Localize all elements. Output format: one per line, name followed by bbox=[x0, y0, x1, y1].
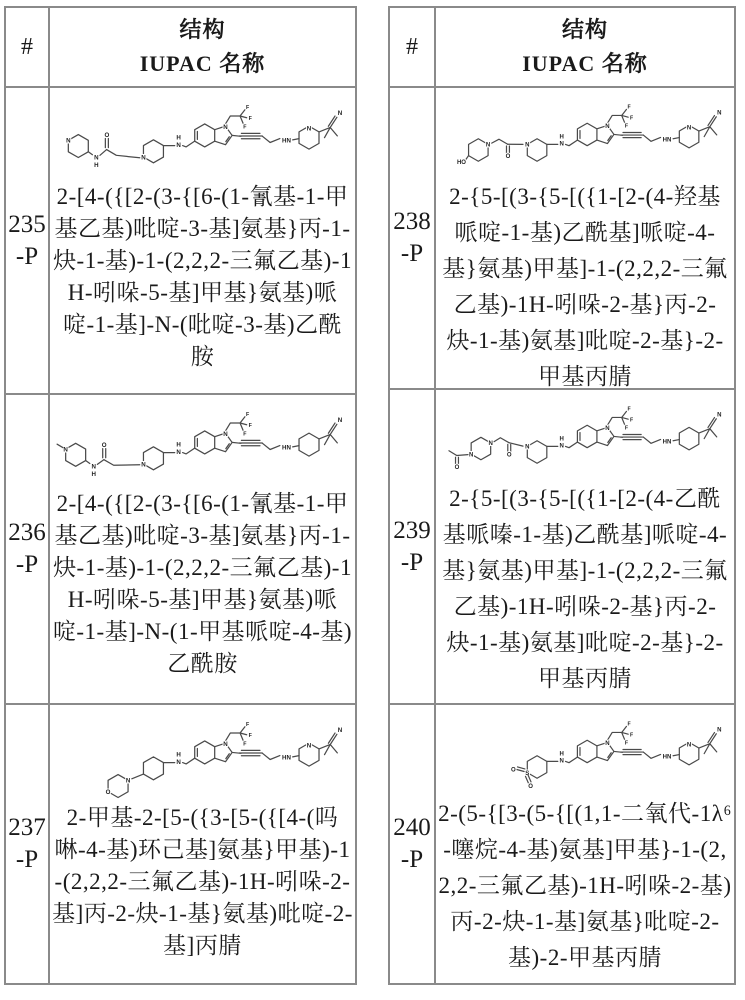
svg-text:N: N bbox=[687, 126, 691, 132]
chemical-structure-239P: H N N O N N O bbox=[436, 395, 734, 481]
svg-text:O: O bbox=[104, 132, 109, 139]
svg-text:H: H bbox=[176, 751, 181, 758]
compound-cell-236P: H N N O N H N 2-[4-({[2-(3-{[6-(1-氰基-1-甲… bbox=[50, 395, 355, 705]
svg-text:N: N bbox=[559, 444, 563, 450]
compound-number: 235 bbox=[8, 209, 46, 241]
svg-text:N: N bbox=[141, 461, 146, 468]
svg-text:N: N bbox=[486, 143, 490, 149]
compound-table-left: # 结构 IUPAC 名称 235 -P N H N N O bbox=[4, 6, 357, 985]
svg-text:N: N bbox=[176, 449, 181, 456]
svg-text:O: O bbox=[106, 789, 111, 796]
compound-suffix: -P bbox=[401, 547, 423, 579]
compound-suffix: -P bbox=[16, 549, 38, 581]
compound-number: 236 bbox=[8, 517, 46, 549]
svg-text:N: N bbox=[559, 142, 563, 148]
iupac-name-237P: 2-甲基-2-[5-({3-[5-({[4-(吗啉-4-基)环己基]氨基}甲基)… bbox=[50, 802, 355, 962]
svg-text:O: O bbox=[102, 442, 107, 449]
compound-number: 239 bbox=[393, 515, 431, 547]
svg-text:O: O bbox=[507, 452, 512, 458]
compound-id-240P: 240 -P bbox=[390, 705, 436, 983]
svg-text:N: N bbox=[307, 743, 312, 750]
header-number-col: # bbox=[6, 8, 50, 88]
chemical-structure-240P: N H N S O O bbox=[436, 710, 734, 796]
svg-text:H: H bbox=[559, 751, 563, 757]
svg-text:N: N bbox=[63, 446, 68, 453]
svg-text:H: H bbox=[176, 134, 181, 141]
svg-text:O: O bbox=[511, 768, 516, 774]
compound-suffix: -P bbox=[401, 238, 423, 270]
compound-id-236P: 236 -P bbox=[6, 395, 50, 705]
compound-number: 237 bbox=[8, 812, 46, 844]
svg-text:N: N bbox=[176, 759, 181, 766]
svg-text:O: O bbox=[528, 784, 533, 790]
svg-text:N: N bbox=[94, 154, 99, 161]
compound-cell-239P: H N N O N N O 2-{5-[(3-{5-[({1-[2-(4-乙酰基… bbox=[436, 390, 734, 705]
chemical-structure-236P: H N N O N H N bbox=[50, 400, 355, 488]
compound-cell-235P: N H N N O N H N 2-[4-({[2-(3-{[6-(1-氰基-1… bbox=[50, 88, 355, 395]
svg-text:HO: HO bbox=[457, 160, 466, 166]
compound-id-235P: 235 -P bbox=[6, 88, 50, 395]
iupac-name-236P: 2-[4-({[2-(3-{[6-(1-氰基-1-甲基乙基)吡啶-3-基]氨基}… bbox=[50, 488, 355, 680]
header-title: 结构 IUPAC 名称 bbox=[50, 8, 355, 88]
header-structure-label: 结构 bbox=[179, 13, 225, 47]
compound-suffix: -P bbox=[401, 844, 423, 876]
compound-suffix: -P bbox=[16, 844, 38, 876]
svg-text:N: N bbox=[176, 142, 181, 149]
header-iupac-label: IUPAC 名称 bbox=[522, 47, 648, 81]
patent-page: # 结构 IUPAC 名称 235 -P N H N N O bbox=[0, 0, 745, 1000]
svg-text:N: N bbox=[525, 445, 529, 451]
iupac-name-239P: 2-{5-[(3-{5-[({1-[2-(4-乙酰基哌嗪-1-基)乙酰基]哌啶-… bbox=[436, 481, 734, 697]
svg-text:N: N bbox=[141, 154, 146, 161]
svg-text:H: H bbox=[559, 436, 563, 442]
svg-text:N: N bbox=[66, 137, 71, 144]
svg-text:N: N bbox=[488, 441, 492, 447]
svg-text:N: N bbox=[469, 452, 473, 458]
compound-id-238P: 238 -P bbox=[390, 88, 436, 390]
iupac-name-235P: 2-[4-({[2-(3-{[6-(1-氰基-1-甲基乙基)吡啶-3-基]氨基}… bbox=[50, 181, 355, 373]
svg-text:N: N bbox=[559, 759, 563, 765]
svg-text:N: N bbox=[525, 143, 529, 149]
svg-text:H: H bbox=[94, 162, 99, 169]
compound-id-239P: 239 -P bbox=[390, 390, 436, 705]
header-iupac-label: IUPAC 名称 bbox=[140, 47, 266, 81]
svg-text:N: N bbox=[126, 777, 131, 784]
compound-number: 240 bbox=[393, 812, 431, 844]
compound-cell-240P: N H N S O O 2-(5-{[3-(5-{[(1,1-二氧代-1λ⁶-噻… bbox=[436, 705, 734, 983]
svg-text:N: N bbox=[307, 126, 312, 133]
iupac-name-238P: 2-{5-[(3-{5-[({1-[2-(4-羟基哌啶-1-基)乙酰基]哌啶-4… bbox=[436, 179, 734, 390]
compound-number: 238 bbox=[393, 206, 431, 238]
chemical-structure-238P: N H N N O N HO bbox=[436, 93, 734, 179]
chemical-structure-237P: N H N N O bbox=[50, 710, 355, 802]
svg-text:O: O bbox=[506, 154, 511, 160]
header-title: 结构 IUPAC 名称 bbox=[436, 8, 734, 88]
header-number-col: # bbox=[390, 8, 436, 88]
svg-text:H: H bbox=[92, 471, 97, 478]
compound-cell-238P: N H N N O N HO 2-{5-[(3-{5-[({1-[2-(4-羟基… bbox=[436, 88, 734, 390]
svg-text:O: O bbox=[455, 465, 460, 471]
svg-text:H: H bbox=[176, 441, 181, 448]
compound-suffix: -P bbox=[16, 241, 38, 273]
compound-id-237P: 237 -P bbox=[6, 705, 50, 983]
compound-table-right: # 结构 IUPAC 名称 238 -P N H N N O bbox=[388, 6, 736, 985]
svg-text:H: H bbox=[559, 134, 563, 140]
compound-cell-237P: N H N N O 2-甲基-2-[5-({3-[5-({[4-(吗啉-4-基)… bbox=[50, 705, 355, 983]
svg-text:N: N bbox=[687, 743, 691, 749]
iupac-name-240P: 2-(5-{[3-(5-{[(1,1-二氧代-1λ⁶-噻烷-4-基)氨基]甲基}… bbox=[436, 796, 734, 976]
svg-text:N: N bbox=[92, 463, 97, 470]
chemical-structure-235P: N H N N O N H N bbox=[50, 93, 355, 181]
header-structure-label: 结构 bbox=[562, 13, 608, 47]
